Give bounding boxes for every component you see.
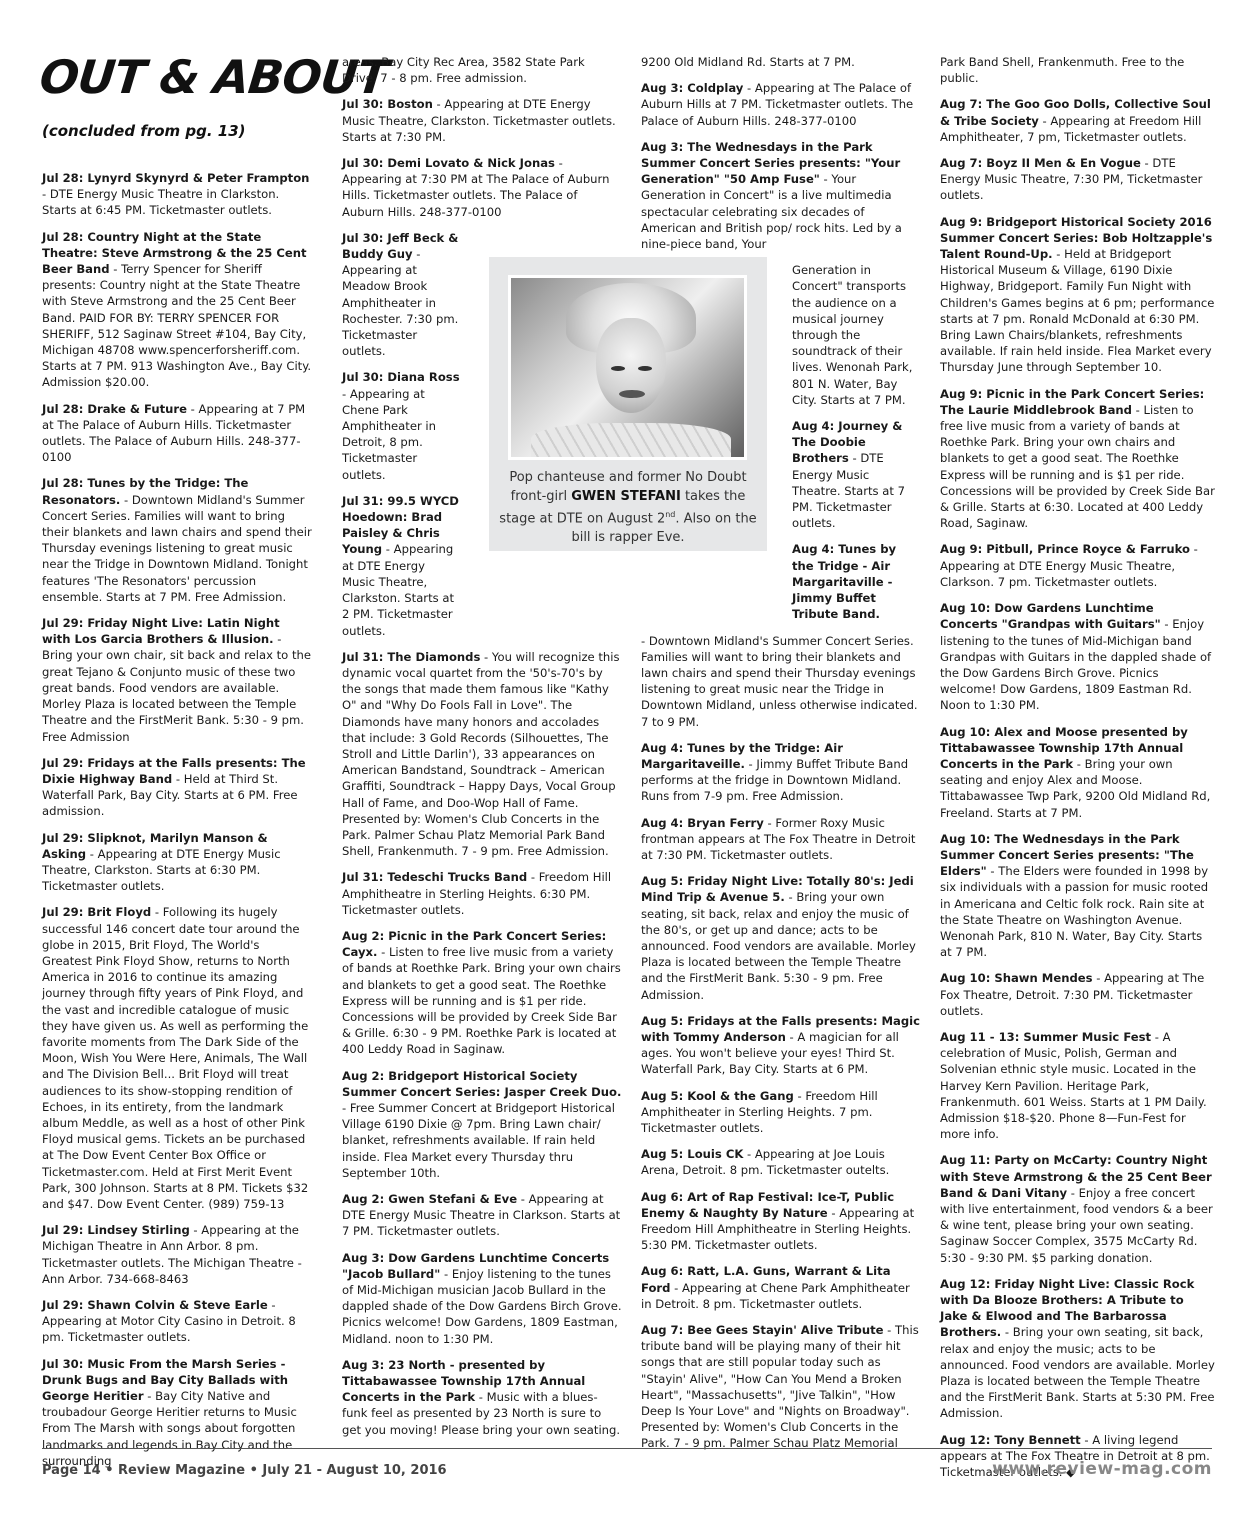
event-listing: Jul 30: Music From the Marsh Series - Dr… [42, 1356, 312, 1469]
event-title: Aug 9: Pitbull, Prince Royce & Farruko [940, 542, 1190, 556]
footer-rule [42, 1448, 1212, 1449]
event-listing: Jul 30: Diana Ross - Appearing at Chene … [342, 369, 460, 482]
event-title: Jul 29: Brit Floyd [42, 905, 151, 919]
event-details: - Held at Bridgeport Historical Museum &… [940, 247, 1214, 374]
event-listing: Aug 11: Party on McCarty: Country Night … [940, 1152, 1215, 1265]
event-listing: Jul 29: Friday Night Live: Latin Night w… [42, 615, 312, 745]
event-details: - This tribute band will be playing many… [641, 1323, 919, 1450]
event-details: - DTE Energy Music Theatre in Clarkston.… [42, 187, 279, 217]
event-title: Jul 30: Diana Ross [342, 370, 460, 384]
event-listing: Jul 29: Lindsey Stirling - Appearing at … [42, 1222, 312, 1287]
event-title: Aug 3: Coldplay [641, 81, 743, 95]
event-listing: Aug 11 - 13: Summer Music Fest - A celeb… [940, 1029, 1215, 1142]
event-title: Jul 30: Boston [342, 97, 433, 111]
event-details: - Bring your own seating, sit back, rela… [940, 1325, 1215, 1420]
event-listing: Aug 10: Dow Gardens Lunchtime Concerts "… [940, 600, 1215, 713]
event-listing: Aug 7: Bee Gees Stayin' Alive Tribute - … [641, 1322, 921, 1452]
event-listing: Aug 2: Picnic in the Park Concert Series… [342, 928, 622, 1058]
event-listing: Aug 5: Kool & the Gang - Freedom Hill Am… [641, 1088, 921, 1137]
photo-eye-shape [611, 366, 625, 371]
event-listing: - Downtown Midland's Summer Concert Seri… [641, 633, 921, 730]
page-title: OUT & ABOUT [37, 50, 390, 104]
event-title: Jul 28: Lynyrd Skynyrd & Peter Frampton [42, 171, 309, 185]
event-listing: Jul 31: Tedeschi Trucks Band - Freedom H… [342, 869, 622, 918]
event-details: - Bring your own chair, sit back and rel… [42, 632, 311, 743]
event-listing: Aug 6: Art of Rap Festival: Ice-T, Publi… [641, 1189, 921, 1254]
event-details: - Downtown Midland's Summer Concert Seri… [641, 634, 918, 729]
event-listing: Jul 28: Drake & Future - Appearing at 7 … [42, 401, 312, 466]
event-details: - Listen to free live music from a varie… [342, 945, 621, 1056]
event-title: Jul 31: The Diamonds [342, 650, 480, 664]
event-listing: Jul 30: Boston - Appearing at DTE Energy… [342, 96, 622, 145]
event-listing: Jul 28: Lynyrd Skynyrd & Peter Frampton … [42, 170, 312, 219]
event-listing: Aug 5: Louis CK - Appearing at Joe Louis… [641, 1146, 921, 1178]
event-details: - Appearing at Chene Park Amphitheater i… [342, 387, 436, 482]
event-listing: Jul 30: Jeff Beck & Buddy Guy - Appearin… [342, 230, 460, 360]
event-details: 9200 Old Midland Rd. Starts at 7 PM. [641, 55, 855, 69]
event-listing: Aug 9: Pitbull, Prince Royce & Farruko -… [940, 541, 1215, 590]
event-title: Aug 11 - 13: Summer Music Fest [940, 1030, 1151, 1044]
event-details: - Terry Spencer for Sheriff presents: Co… [42, 262, 311, 389]
event-listing: Aug 9: Picnic in the Park Concert Series… [940, 386, 1215, 532]
event-listing: Aug 10: Shawn Mendes - Appearing at The … [940, 970, 1215, 1019]
event-details: - Following its hugely successful 146 co… [42, 905, 308, 1211]
event-listing: Aug 10: The Wednesdays in the Park Summe… [940, 831, 1215, 961]
column-3-top: 9200 Old Midland Rd. Starts at 7 PM.Aug … [641, 54, 921, 252]
event-listing: Aug 5: Fridays at the Falls presents: Ma… [641, 1013, 921, 1078]
event-details: - Appearing at Chene Park Amphitheater i… [641, 1281, 910, 1311]
event-listing: Aug 3: 23 North - presented by Tittabawa… [342, 1357, 622, 1438]
column-4-list: Park Band Shell, Frankenmuth. Free to th… [940, 54, 1215, 1480]
event-details: - A celebration of Music, Polish, German… [940, 1030, 1207, 1141]
event-listing: Jul 31: The Diamonds - You will recogniz… [342, 649, 622, 860]
event-title: Aug 4: Tunes by the Tridge - Air Margari… [792, 542, 896, 621]
event-listing: Aug 7: The Goo Goo Dolls, Collective Sou… [940, 96, 1215, 145]
event-title: Aug 2: Gwen Stefani & Eve [342, 1192, 517, 1206]
event-listing: Jul 29: Shawn Colvin & Steve Earle - App… [42, 1297, 312, 1346]
event-listing: Aug 2: Bridgeport Historical Society Sum… [342, 1068, 622, 1181]
event-details: - Appearing at Meadow Brook Amphitheater… [342, 247, 458, 358]
column-2-top: areas. Bay City Rec Area, 3582 State Par… [342, 54, 622, 220]
column-2-narrow: Jul 30: Jeff Beck & Buddy Guy - Appearin… [342, 230, 460, 639]
event-details: Generation in Concert" transports the au… [792, 263, 912, 407]
event-title: Aug 10: Dow Gardens Lunchtime Concerts "… [940, 601, 1161, 631]
event-details: - Free Summer Concert at Bridgeport Hist… [342, 1101, 615, 1180]
column-4: Park Band Shell, Frankenmuth. Free to th… [940, 54, 1215, 1490]
event-listing: Aug 3: The Wednesdays in the Park Summer… [641, 139, 921, 252]
event-title: Jul 31: Tedeschi Trucks Band [342, 870, 527, 884]
event-title: Aug 10: Shawn Mendes [940, 971, 1093, 985]
event-title: Aug 4: Bryan Ferry [641, 816, 764, 830]
event-title: Aug 7: Boyz II Men & En Vogue [940, 156, 1141, 170]
column-3-bottom: - Downtown Midland's Summer Concert Seri… [641, 633, 921, 1452]
event-details: areas. Bay City Rec Area, 3582 State Par… [342, 55, 585, 85]
event-title: Jul 30: Jeff Beck & Buddy Guy [342, 231, 458, 261]
column-3-narrow: Generation in Concert" transports the au… [792, 262, 917, 622]
event-details: - Enjoy listening to the tunes of Mid-Mi… [940, 617, 1211, 712]
event-details: Park Band Shell, Frankenmuth. Free to th… [940, 55, 1184, 85]
event-title: Aug 5: Louis CK [641, 1147, 743, 1161]
event-listing: Aug 6: Ratt, L.A. Guns, Warrant & Lita F… [641, 1263, 921, 1312]
event-listing: Aug 12: Friday Night Live: Classic Rock … [940, 1276, 1215, 1422]
event-title: Jul 29: Friday Night Live: Latin Night w… [42, 616, 280, 646]
event-details: - You will recognize this dynamic vocal … [342, 650, 620, 858]
event-title: Aug 12: Tony Bennett [940, 1433, 1081, 1447]
event-listing: Aug 10: Alex and Moose presented by Titt… [940, 724, 1215, 821]
footer-website-link[interactable]: www.review-mag.com [992, 1459, 1212, 1479]
column-3: 9200 Old Midland Rd. Starts at 7 PM.Aug … [641, 54, 921, 1462]
event-details: - Downtown Midland's Summer Concert Seri… [42, 493, 312, 604]
event-details: - Listen to free live music from a varie… [940, 403, 1215, 530]
event-listing: Aug 3: Coldplay - Appearing at The Palac… [641, 80, 921, 129]
event-title: Aug 2: Bridgeport Historical Society Sum… [342, 1069, 621, 1099]
event-listing: Aug 7: Boyz II Men & En Vogue - DTE Ener… [940, 155, 1215, 204]
event-title: Jul 30: Demi Lovato & Nick Jonas [342, 156, 555, 170]
event-listing: Park Band Shell, Frankenmuth. Free to th… [940, 54, 1215, 86]
event-details: - The Elders were founded in 1998 by six… [940, 864, 1208, 959]
event-listing: Aug 4: Tunes by the Tridge: Air Margarit… [641, 740, 921, 805]
event-listing: areas. Bay City Rec Area, 3582 State Par… [342, 54, 622, 86]
event-listing: Jul 28: Tunes by the Tridge: The Resonat… [42, 475, 312, 605]
footer-folio: Page 14 • Review Magazine • July 21 - Au… [42, 1463, 447, 1478]
event-title: Aug 5: Kool & the Gang [641, 1089, 794, 1103]
event-listing: Aug 4: Journey & The Doobie Brothers - D… [792, 418, 917, 531]
event-listing: Aug 9: Bridgeport Historical Society 201… [940, 214, 1215, 376]
event-title: Jul 29: Shawn Colvin & Steve Earle [42, 1298, 268, 1312]
event-listing: Jul 28: Country Night at the State Theat… [42, 229, 312, 391]
event-listing: Aug 4: Bryan Ferry - Former Roxy Music f… [641, 815, 921, 864]
column-2-bottom: Jul 31: The Diamonds - You will recogniz… [342, 649, 622, 1438]
event-details: - Bring your own seating, sit back, rela… [641, 890, 916, 1001]
event-listing: Jul 29: Brit Floyd - Following its hugel… [42, 904, 312, 1212]
event-listing: Aug 2: Gwen Stefani & Eve - Appearing at… [342, 1191, 622, 1240]
event-listing: Jul 31: 99.5 WYCD Hoedown: Brad Paisley … [342, 493, 460, 639]
event-title: Aug 4: Journey & The Doobie Brothers [792, 419, 902, 465]
event-listing: Jul 29: Fridays at the Falls presents: T… [42, 755, 312, 820]
event-details: - Appearing at DTE Energy Music Theatre,… [342, 542, 454, 637]
column-1: Jul 28: Lynyrd Skynyrd & Peter Frampton … [42, 170, 312, 1479]
event-listing: Aug 5: Friday Night Live: Totally 80's: … [641, 873, 921, 1003]
event-title: Jul 28: Drake & Future [42, 402, 187, 416]
event-title: Jul 29: Lindsey Stirling [42, 1223, 190, 1237]
event-title: Aug 7: Bee Gees Stayin' Alive Tribute [641, 1323, 883, 1337]
event-title: Aug 3: The Wednesdays in the Park Summer… [641, 140, 900, 186]
event-listing: Aug 4: Tunes by the Tridge - Air Margari… [792, 541, 917, 622]
event-listing: 9200 Old Midland Rd. Starts at 7 PM. [641, 54, 921, 70]
event-listing: Generation in Concert" transports the au… [792, 262, 917, 408]
event-listing: Aug 3: Dow Gardens Lunchtime Concerts "J… [342, 1250, 622, 1347]
event-listing: Jul 30: Demi Lovato & Nick Jonas - Appea… [342, 155, 622, 220]
event-listing: Jul 29: Slipknot, Marilyn Manson & Askin… [42, 830, 312, 895]
continuation-note: (concluded from pg. 13) [42, 122, 246, 140]
